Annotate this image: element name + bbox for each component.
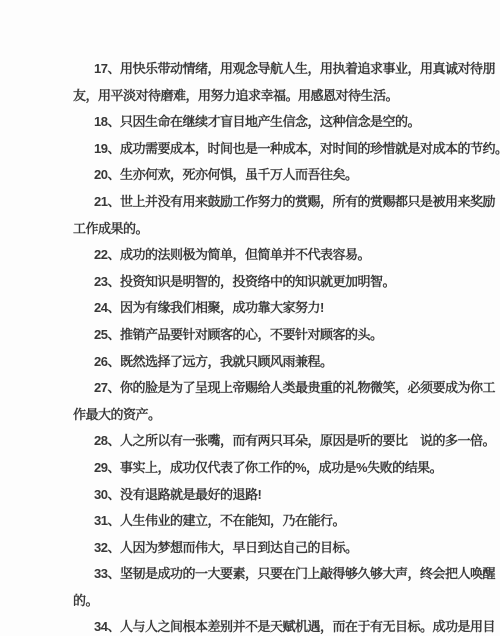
quote-item-31: 31、人生伟业的建立，不在能知，乃在能行。 — [73, 508, 473, 535]
quote-item-33-wrap: 的。 — [73, 588, 473, 615]
quote-item-25: 25、推销产品要针对顾客的心，不要针对顾客的头。 — [73, 322, 473, 349]
quote-item-20: 20、生亦何欢，死亦何惧，虽千万人而吾往矣。 — [73, 162, 473, 189]
quote-item-28: 28、人之所以有一张嘴，而有两只耳朵，原因是听的要比 说的多一倍。 — [73, 428, 473, 455]
quote-item-18: 18、只因生命在继续才盲目地产生信念，这种信念是空的。 — [73, 109, 473, 136]
quote-item-26: 26、既然选择了远方，我就只顾风雨兼程。 — [73, 349, 473, 376]
quote-item-27: 27、你的脸是为了呈现上帝赐给人类最贵重的礼物微笑，必须要成为你工 — [73, 375, 473, 402]
quote-item-19: 19、成功需要成本，时间也是一种成本，对时间的珍惜就是对成本的节约。 — [73, 136, 473, 163]
quote-item-34: 34、人与人之间根本差别并不是天赋机遇，而在于有无目标。成功是用目 — [73, 614, 473, 636]
quote-item-17: 17、用快乐带动情绪，用观念导航人生，用执着追求事业，用真诚对待朋 — [73, 56, 473, 83]
quote-list: 17、用快乐带动情绪，用观念导航人生，用执着追求事业，用真诚对待朋友，用平淡对待… — [73, 56, 473, 636]
quote-item-29: 29、事实上，成功仅代表了你工作的%，成功是%失败的结果。 — [73, 455, 473, 482]
quote-item-21-wrap: 工作成果的。 — [73, 216, 473, 243]
quote-item-24: 24、因为有缘我们相聚，成功靠大家努力! — [73, 295, 473, 322]
quote-item-17-wrap: 友，用平淡对待磨难，用努力追求幸福。用感恩对待生活。 — [73, 83, 473, 110]
quote-item-23: 23、投资知识是明智的，投资络中的知识就更加明智。 — [73, 269, 473, 296]
quote-item-22: 22、成功的法则极为简单，但简单并不代表容易。 — [73, 242, 473, 269]
quote-item-21: 21、世上并没有用来鼓励工作努力的赏赐，所有的赏赐都只是被用来奖励 — [73, 189, 473, 216]
quote-item-27-wrap: 作最大的资产。 — [73, 402, 473, 429]
quote-item-33: 33、坚韧是成功的一大要素，只要在门上敲得够久够大声，终会把人唤醒 — [73, 561, 473, 588]
document-page: 17、用快乐带动情绪，用观念导航人生，用执着追求事业，用真诚对待朋友，用平淡对待… — [0, 0, 500, 636]
quote-item-30: 30、没有退路就是最好的退路! — [73, 482, 473, 509]
quote-item-32: 32、人因为梦想而伟大，早日到达自己的目标。 — [73, 535, 473, 562]
